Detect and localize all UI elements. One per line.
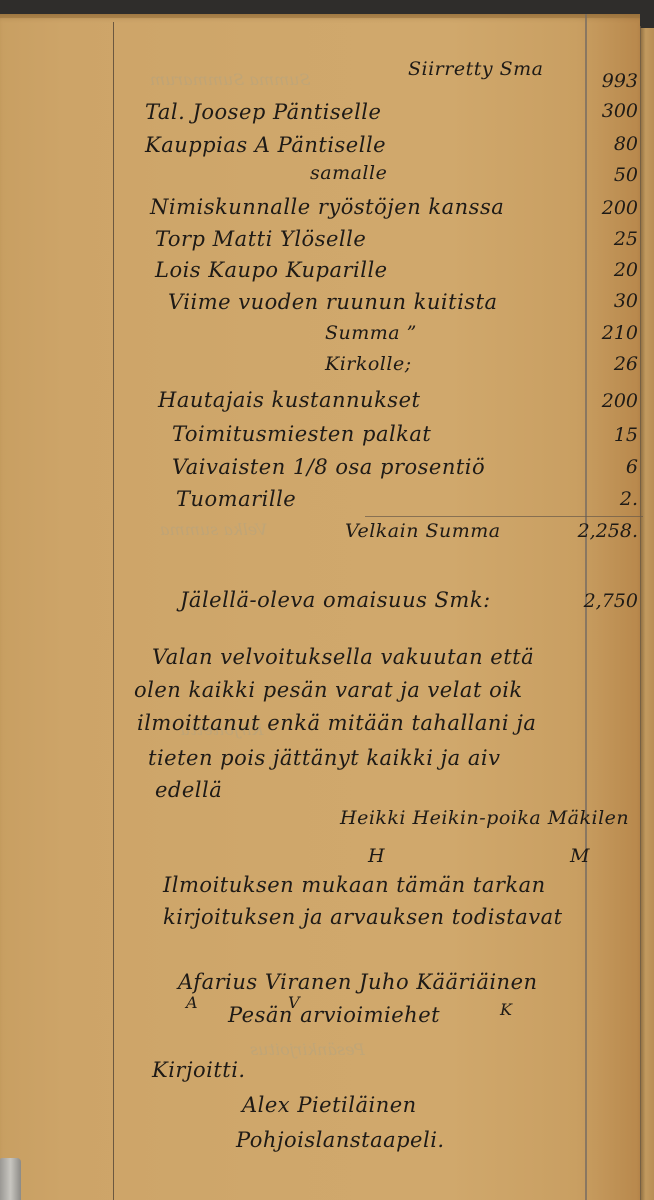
ledger-amount: 2. [576, 488, 638, 510]
appraisers-title: Pesän arvioimiehet [228, 1003, 440, 1027]
witness-line: Ilmoituksen mukaan tämän tarkan [163, 873, 546, 897]
ledger-entry: Torp Matti Ylöselle [155, 227, 366, 251]
ledger-amount: 50 [576, 164, 638, 186]
declarant-signature: Heikki Heikin-poika Mäkilen [340, 807, 629, 829]
page-top-edge [0, 14, 640, 18]
writer-title: Pohjoislanstaapeli. [236, 1128, 445, 1152]
oath-line: Valan velvoituksella vakuutan että [152, 645, 534, 669]
debt-total-label: Velkain Summa [345, 520, 501, 542]
ledger-entry: Lois Kaupo Kuparille [155, 258, 388, 282]
ledger-entry: Kirkolle; [325, 353, 412, 375]
declarant-mark-h: H [368, 845, 385, 867]
ledger-entry: Vaivaisten 1/8 osa prosentiö [172, 455, 485, 479]
subtotal-amount: 210 [576, 322, 638, 344]
right-rule [640, 26, 641, 1200]
oath-line: tieten pois jättänyt kaikki ja aiv [148, 746, 500, 770]
ledger-entry: Tuomarille [176, 487, 296, 511]
margin-rule [113, 22, 114, 1200]
total-rule [365, 516, 643, 517]
ledger-entry: Kauppias A Päntiselle [145, 133, 386, 157]
debt-total-amount: 2,258. [576, 520, 638, 542]
ledger-entry: Viime vuoden ruunun kuitista [168, 290, 498, 314]
subtotal-label: Summa ” [325, 322, 417, 344]
bleed-through-text: Pesänkirjoitus [250, 1040, 365, 1059]
ledger-entry: Toimitusmiesten palkat [172, 422, 431, 446]
ledger-amount: 200 [576, 197, 638, 219]
appraiser-signatures: Afarius Viranen Juho Kääriäinen [178, 970, 538, 994]
ledger-amount: 25 [576, 228, 638, 250]
declarant-mark-m: M [570, 845, 590, 867]
carried-forward-amount: 993 [576, 70, 638, 92]
oath-line: olen kaikki pesän varat ja velat oik [134, 678, 523, 702]
ledger-amount: 26 [576, 353, 638, 375]
appraiser-mark: A [186, 993, 198, 1012]
ledger-entry: Hautajais kustannukset [158, 388, 420, 412]
ledger-amount: 300 [576, 100, 638, 122]
ledger-amount: 6 [576, 456, 638, 478]
oath-line: ilmoittanut enkä mitään tahallani ja [137, 711, 536, 735]
writer-signature: Alex Pietiläinen [242, 1093, 417, 1117]
ledger-amount: 30 [576, 290, 638, 312]
bleed-through-text: Summa Summarum [150, 70, 311, 89]
binder-clip [0, 1158, 21, 1200]
appraiser-mark: K [500, 1000, 512, 1019]
remaining-assets-label: Jälellä-oleva omaisuus Smk: [180, 588, 491, 612]
ledger-amount: 200 [576, 390, 638, 412]
ledger-entry: Tal. Joosep Päntiselle [145, 100, 381, 124]
ledger-entry: samalle [310, 162, 387, 184]
ledger-amount: 20 [576, 259, 638, 281]
remaining-assets-amount: 2,750 [576, 590, 638, 612]
next-page-edge [640, 28, 654, 1200]
witness-line: kirjoituksen ja arvauksen todistavat [163, 905, 563, 929]
ledger-amount: 15 [576, 424, 638, 446]
oath-line: edellä [155, 778, 222, 802]
ledger-entry: Nimiskunnalle ryöstöjen kanssa [150, 195, 504, 219]
writer-label: Kirjoitti. [152, 1058, 246, 1082]
ledger-amount: 80 [576, 133, 638, 155]
bleed-through-text: Velka summa [160, 520, 267, 539]
carried-forward-label: Siirretty Sma [408, 58, 543, 80]
